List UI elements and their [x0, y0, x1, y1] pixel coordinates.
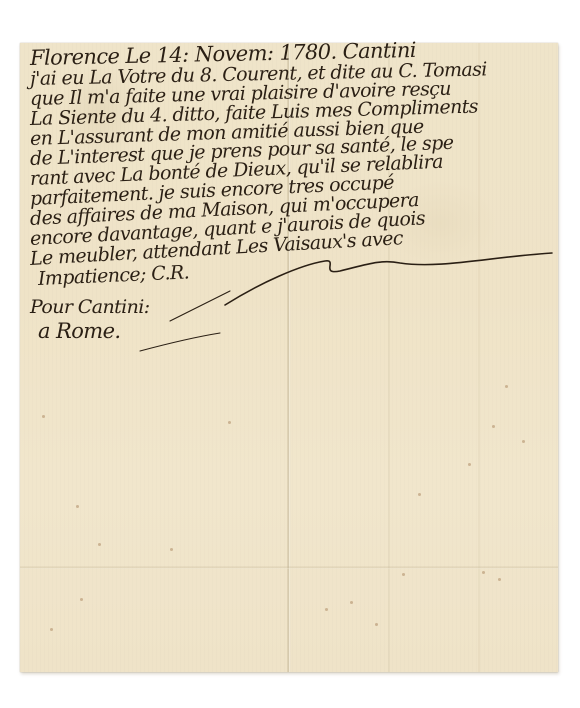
document-view: Florence Le 14: Novem: 1780. Cantini j'a…	[0, 0, 580, 708]
letter-paper: Florence Le 14: Novem: 1780. Cantini j'a…	[20, 43, 558, 672]
signature-flourish	[20, 43, 558, 672]
